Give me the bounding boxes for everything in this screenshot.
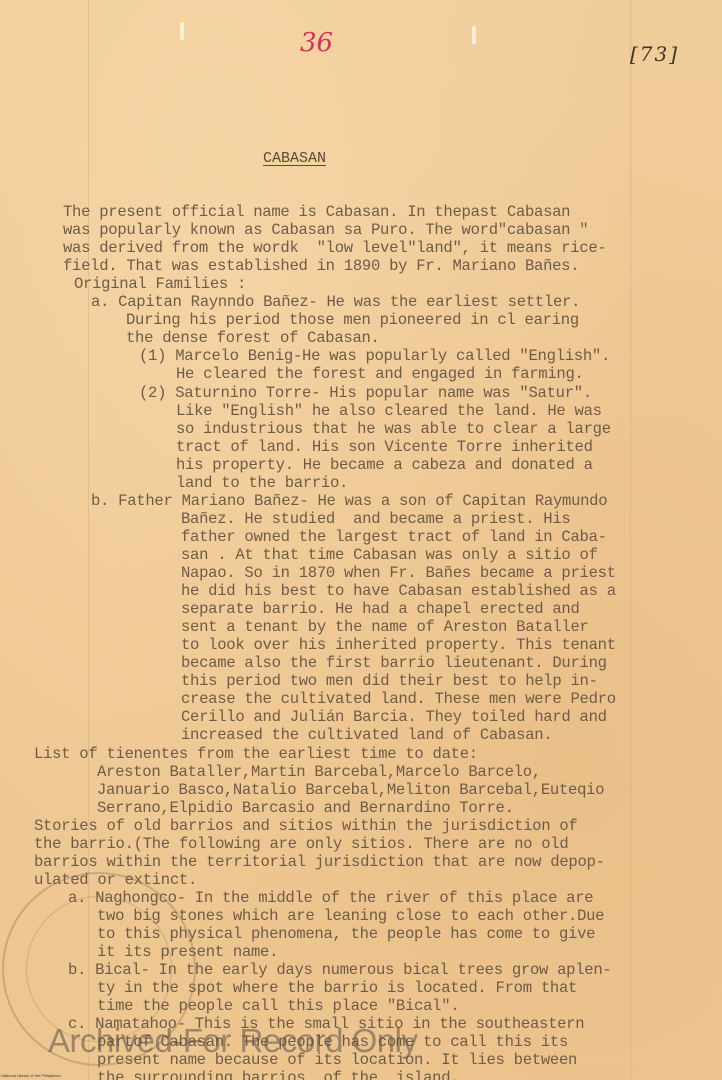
text-line: so industrious that he was able to clear… [176, 420, 611, 438]
text-line: was popularly known as Cabasan sa Puro. … [63, 221, 588, 239]
paper-fold-line [630, 0, 631, 1080]
text-line: Napao. So in 1870 when Fr. Bañes became … [181, 564, 616, 582]
text-line: father owned the largest tract of land i… [181, 528, 607, 546]
text-line: Serrano,Elpidio Barcasio and Bernardino … [97, 799, 514, 817]
text-line: The present official name is Cabasan. In… [63, 203, 570, 221]
text-line: increased the cultivated land of Cabasan… [181, 726, 552, 744]
text-line: he did his best to have Cabasan establis… [181, 582, 616, 600]
text-line: Januario Basco,Natalio Barcebal,Meliton … [97, 781, 604, 799]
staple-hole [180, 22, 184, 40]
text-line: Bañez. He studied and became a priest. H… [181, 510, 571, 528]
text-line: (2) Saturnino Torre- His popular name wa… [139, 384, 592, 402]
text-line: During his period those men pioneered in… [126, 311, 579, 329]
text-line: a. Capitan Raynndo Bañez- He was the ear… [91, 293, 580, 311]
page-title: CABASAN [263, 150, 326, 167]
text-line: barrios within the territorial jurisdict… [34, 853, 605, 871]
text-line: the dense forest of Cabasan. [126, 329, 380, 347]
text-line: the barrio.(The following are only sitio… [34, 835, 568, 853]
text-line: (1) Marcelo Benig-He was popularly calle… [139, 347, 610, 365]
text-line: Stories of old barrios and sitios within… [34, 817, 577, 835]
text-line: the surrounding barrios of the island. [97, 1069, 459, 1080]
footer-credit: National Library of the Philippines [1, 1073, 61, 1078]
text-line: He cleared the forest and engaged in far… [176, 365, 584, 383]
text-line: Cerillo and Julián Barcia. They toiled h… [181, 708, 607, 726]
handwritten-reference-number: [73] [630, 42, 679, 66]
text-line: was derived from the wordk "low level"la… [63, 239, 606, 257]
text-line: land to the barrio. [176, 474, 348, 492]
text-line: crease the cultivated land. These men we… [181, 690, 616, 708]
text-line: List of tienentes from the earliest time… [34, 745, 478, 763]
text-line: field. That was established in 1890 by F… [63, 257, 579, 275]
text-line: became also the first barrio lieutenant.… [181, 654, 607, 672]
text-line: sent a tenant by the name of Areston Bat… [181, 618, 589, 636]
text-line: to look over his inherited property. Thi… [181, 636, 616, 654]
archive-watermark: Archived-For Record Only [48, 1022, 417, 1060]
staple-hole [472, 26, 476, 44]
handwritten-page-number: 36 [300, 28, 333, 58]
text-line: san . At that time Cabasan was only a si… [181, 546, 598, 564]
text-line: separate barrio. He had a chapel erected… [181, 600, 580, 618]
text-line: Like "English" he also cleared the land.… [176, 402, 602, 420]
text-line: this period two men did their best to he… [181, 672, 598, 690]
text-line: Original Families : [74, 275, 246, 293]
text-line: Areston Bataller,Martin Barcebal,Marcelo… [97, 763, 541, 781]
text-line: his property. He became a cabeza and don… [176, 456, 593, 474]
text-line: tract of land. His son Vicente Torre inh… [176, 438, 593, 456]
text-line: b. Father Mariano Bañez- He was a son of… [91, 492, 607, 510]
